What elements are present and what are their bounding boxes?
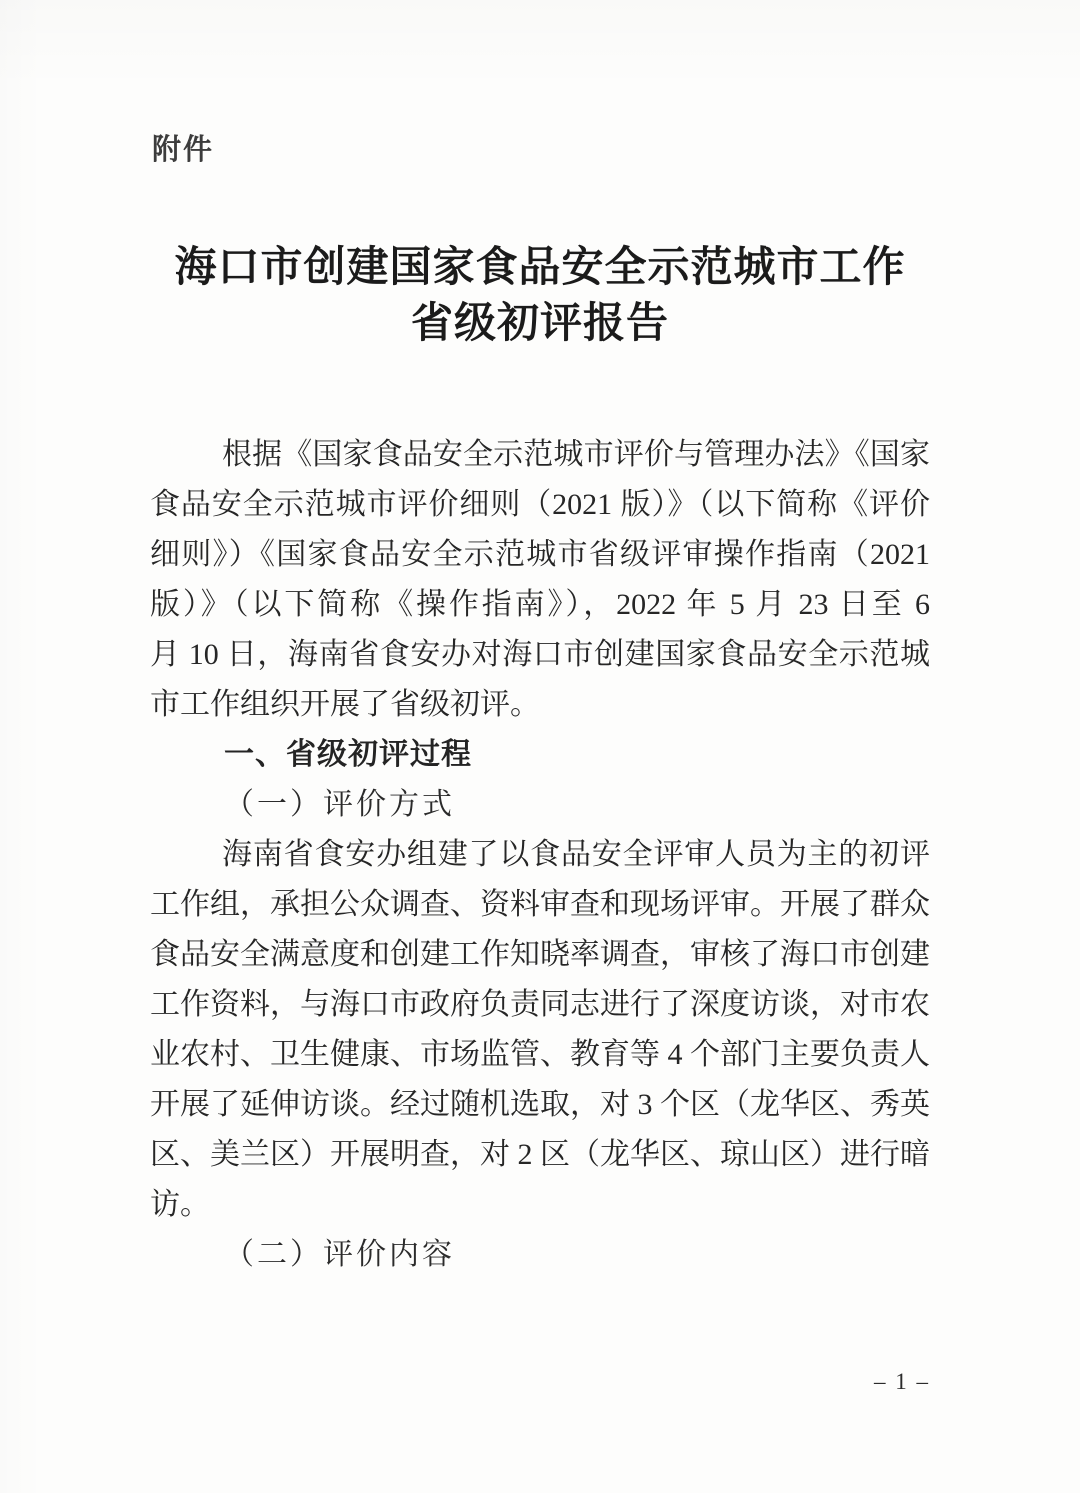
paragraph2-line-5: 业农村、卫生健康、市场监管、教育等 4 个部门主要负责人	[150, 1030, 930, 1080]
document-page: 附件 海口市创建国家食品安全示范城市工作 省级初评报告 根据《国家食品安全示范城…	[0, 0, 1080, 1493]
paragraph2-line-3: 食品安全满意度和创建工作知晓率调查，审核了海口市创建	[150, 930, 930, 980]
paragraph2-line-1: 海南省食安办组建了以食品安全评审人员为主的初评	[150, 830, 930, 880]
paragraph1-line-3: 细则》）《国家食品安全示范城市省级评审操作指南（2021	[150, 530, 930, 580]
paragraph2-line-4: 工作资料，与海口市政府负责同志进行了深度访谈，对市农	[150, 980, 930, 1030]
section-heading-1: 一、省级初评过程	[150, 730, 930, 780]
document-title-line-1: 海口市创建国家食品安全示范城市工作	[0, 240, 1080, 296]
attachment-label: 附件	[152, 133, 214, 167]
subsection-heading-2: （二）评价内容	[150, 1230, 930, 1280]
document-body: 根据《国家食品安全示范城市评价与管理办法》《国家 食品安全示范城市评价细则（20…	[150, 430, 930, 1280]
subsection-heading-1: （一）评价方式	[150, 780, 930, 830]
paragraph2-line-6: 开展了延伸访谈。经过随机选取，对 3 个区（龙华区、秀英	[150, 1080, 930, 1130]
paragraph2-line-2: 工作组，承担公众调查、资料审查和现场评审。开展了群众	[150, 880, 930, 930]
paragraph1-line-4: 版）》（以下简称《操作指南》），2022 年 5 月 23 日至 6	[150, 580, 930, 630]
page-number: – 1 –	[874, 1368, 930, 1396]
paragraph2-line-7: 区、美兰区）开展明查，对 2 区（龙华区、琼山区）进行暗	[150, 1130, 930, 1180]
paragraph1-line-6: 市工作组织开展了省级初评。	[150, 680, 930, 730]
document-title-line-2: 省级初评报告	[0, 296, 1080, 352]
paragraph1-line-5: 月 10 日，海南省食安办对海口市创建国家食品安全示范城	[150, 630, 930, 680]
paragraph2-line-8: 访。	[150, 1180, 930, 1230]
paragraph1-line-2: 食品安全示范城市评价细则（2021 版）》（以下简称《评价	[150, 480, 930, 530]
paragraph1-line-1: 根据《国家食品安全示范城市评价与管理办法》《国家	[150, 430, 930, 480]
document-title: 海口市创建国家食品安全示范城市工作 省级初评报告	[0, 240, 1080, 352]
